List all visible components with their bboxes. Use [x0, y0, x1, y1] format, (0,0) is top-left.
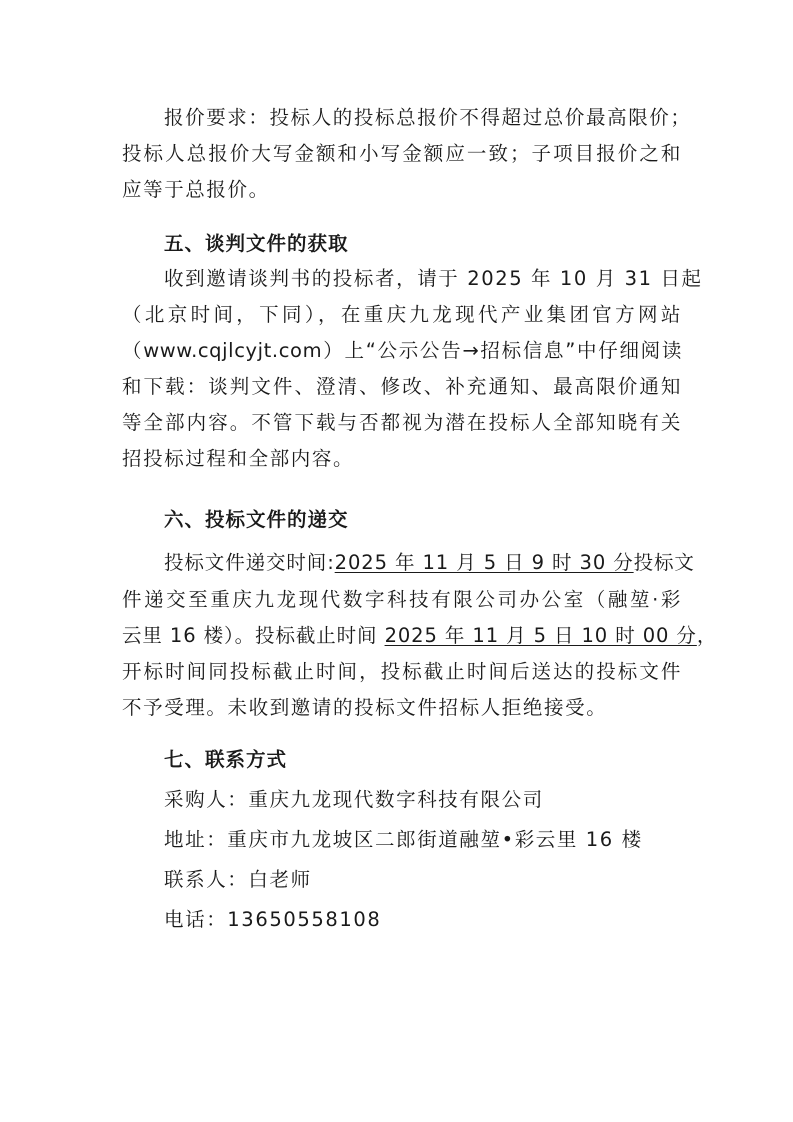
- section-6-line-2: 件递交至重庆九龙现代数字科技有限公司办公室（融堃·彩: [122, 588, 682, 612]
- section-6-line-1: 投标文件递交时间:2025 年 11 月 5 日 9 时 30 分投标文: [164, 551, 724, 575]
- quote-requirements-line-3: 应等于总报价。: [122, 178, 682, 202]
- section-6-line-3: 云里 16 楼）。投标截止时间 2025 年 11 月 5 日 10 时 00 …: [122, 624, 682, 648]
- section-7-heading: 七、联系方式: [164, 748, 724, 772]
- contact-person: 联系人：白老师: [164, 868, 724, 892]
- section-6-line-3-suffix: ，: [697, 624, 717, 647]
- section-5-heading: 五、谈判文件的获取: [164, 232, 724, 256]
- section-5-line-3: （www.cqjlcyjt.com）上“公示公告→招标信息”中仔细阅读: [122, 339, 682, 363]
- phone: 电话：13650558108: [164, 908, 724, 932]
- section-5-line-5: 等全部内容。不管下载与否都视为潜在投标人全部知晓有关: [122, 411, 682, 435]
- section-6-heading: 六、投标文件的递交: [164, 508, 724, 532]
- section-6-line-1-suffix: 投标文: [634, 551, 695, 574]
- section-5-line-4: 和下载：谈判文件、澄清、修改、补充通知、最高限价通知: [122, 375, 682, 399]
- address: 地址：重庆市九龙坡区二郎街道融堃•彩云里 16 楼: [164, 828, 724, 852]
- purchaser: 采购人：重庆九龙现代数字科技有限公司: [164, 788, 724, 812]
- section-5-line-2: （北京时间，下同），在重庆九龙现代产业集团官方网站: [122, 303, 682, 327]
- deadline-value: 2025 年 11 月 5 日 10 时 00 分: [385, 624, 697, 647]
- quote-requirements-line-2: 投标人总报价大写金额和小写金额应一致；子项目报价之和: [122, 142, 682, 166]
- section-5-line-6: 招投标过程和全部内容。: [122, 447, 682, 471]
- submission-time-label: 投标文件递交时间:: [164, 551, 335, 574]
- submission-time-value: 2025 年 11 月 5 日 9 时 30 分: [335, 551, 634, 574]
- document-page: 报价要求：投标人的投标总报价不得超过总价最高限价； 投标人总报价大写金额和小写金…: [0, 0, 793, 1122]
- quote-requirements-line-1: 报价要求：投标人的投标总报价不得超过总价最高限价；: [164, 106, 724, 130]
- section-6-line-4: 开标时间同投标截止时间，投标截止时间后送达的投标文件: [122, 660, 682, 684]
- section-5-line-1: 收到邀请谈判书的投标者，请于 2025 年 10 月 31 日起: [164, 267, 724, 291]
- deadline-label: 云里 16 楼）。投标截止时间: [122, 624, 385, 647]
- section-6-line-5: 不予受理。未收到邀请的投标文件招标人拒绝接受。: [122, 696, 682, 720]
